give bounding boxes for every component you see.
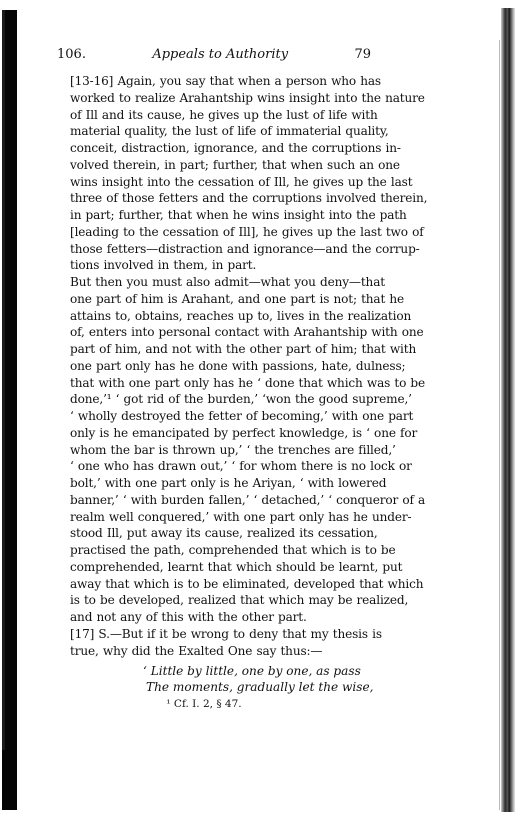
text-line: banner,’ ‘ with burden fallen,’ ‘ detach…	[57, 492, 371, 509]
text-line: done,’¹ ‘ got rid of the burden,’ ‘won t…	[57, 391, 371, 408]
running-head: 106. Appeals to Authority 79	[57, 47, 371, 69]
text-line: ‘ wholly destroyed the fetter of becomin…	[57, 408, 371, 425]
paragraph-but-then: But then you must also admit—what you de…	[57, 274, 371, 626]
footnote: ¹ Cf. I. 2, § 47.	[57, 698, 371, 710]
text-line: attains to, obtains, reaches up to, live…	[57, 308, 371, 325]
paragraph-17: [17] S.—But if it be wrong to deny that …	[57, 626, 371, 660]
text-line: wins insight into the cessation of Ill, …	[57, 174, 371, 191]
page-body: [13-16] Again, you say that when a perso…	[57, 73, 371, 659]
text-line: [13-16] Again, you say that when a perso…	[57, 73, 371, 90]
text-line: part of him, and not with the other part…	[57, 341, 371, 358]
text-line: But then you must also admit—what you de…	[57, 274, 371, 291]
text-line: and not any of this with the other part.	[57, 609, 371, 626]
text-line: material quality, the lust of life of im…	[57, 123, 371, 140]
text-line: in part; further, that when he wins insi…	[57, 207, 371, 224]
text-line: worked to realize Arahantship wins insig…	[57, 90, 371, 107]
text-line: conceit, distraction, ignorance, and the…	[57, 140, 371, 157]
text-line: tions involved in them, in part.	[57, 257, 371, 274]
text-line: of, enters into personal contact with Ar…	[57, 324, 371, 341]
text-line: practised the path, comprehended that wh…	[57, 542, 371, 559]
scan-page-edge-line	[499, 40, 500, 810]
text-line: only is he emancipated by perfect knowle…	[57, 425, 371, 442]
book-page: 106. Appeals to Authority 79 [13-16] Aga…	[57, 47, 371, 710]
text-line: volved therein, in part; further, that w…	[57, 157, 371, 174]
text-line: bolt,’ with one part only is he Ariyan, …	[57, 475, 371, 492]
scan-left-border-edge	[2, 10, 5, 750]
text-line: those fetters—distraction and ignorance—…	[57, 241, 371, 258]
text-line: true, why did the Exalted One say thus:—	[57, 643, 371, 660]
text-line: ‘ one who has drawn out,’ ‘ for whom the…	[57, 458, 371, 475]
text-line: comprehended, learnt that which should b…	[57, 559, 371, 576]
verse-quotation: ‘ Little by little, one by one, as pass …	[57, 663, 371, 695]
running-title: Appeals to Authority	[152, 47, 288, 62]
text-line: one part of him is Arahant, and one part…	[57, 291, 371, 308]
text-line: is to be developed, realized that which …	[57, 592, 371, 609]
section-number: 106.	[57, 47, 86, 62]
page-number: 79	[354, 47, 371, 62]
text-line: realm well conquered,’ with one part onl…	[57, 509, 371, 526]
text-line: [leading to the cessation of Ill], he gi…	[57, 224, 371, 241]
text-line: [17] S.—But if it be wrong to deny that …	[57, 626, 371, 643]
text-line: that with one part only has he ‘ done th…	[57, 375, 371, 392]
verse-line: The moments, gradually let the wise,	[143, 679, 371, 695]
text-line: one part only has he done with passions,…	[57, 358, 371, 375]
verse-line: ‘ Little by little, one by one, as pass	[143, 663, 371, 679]
text-line: whom the bar is thrown up,’ ‘ the trench…	[57, 442, 371, 459]
paragraph-13-16: [13-16] Again, you say that when a perso…	[57, 73, 371, 274]
text-line: three of those fetters and the corruptio…	[57, 190, 371, 207]
text-line: stood Ill, put away its cause, realized …	[57, 525, 371, 542]
scan-book-spine	[501, 8, 515, 812]
text-line: away that which is to be eliminated, dev…	[57, 576, 371, 593]
text-line: of Ill and its cause, he gives up the lu…	[57, 107, 371, 124]
